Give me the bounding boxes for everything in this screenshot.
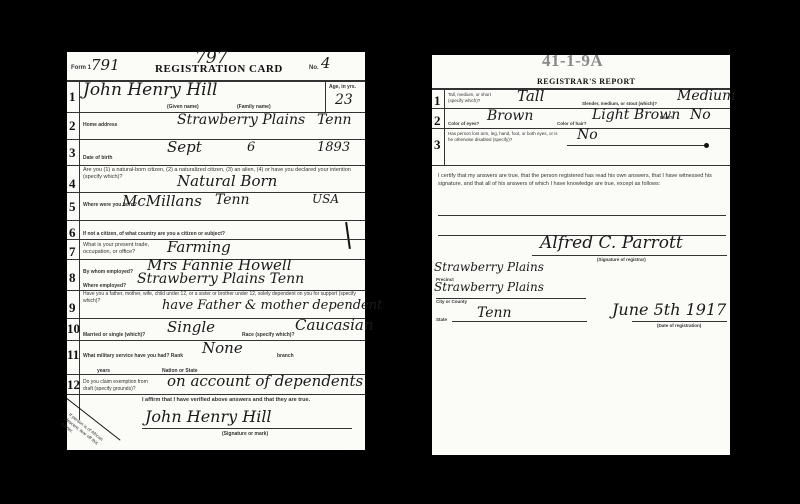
age-label: Age, in yrs. bbox=[329, 84, 356, 90]
form-number: 791 bbox=[91, 56, 120, 74]
form-label: Form 1 bbox=[71, 65, 91, 71]
height-value: Tall bbox=[517, 87, 544, 105]
disability-value: No bbox=[577, 127, 598, 143]
military-rank-value: None bbox=[202, 339, 243, 357]
registrant-signature: John Henry Hill bbox=[145, 407, 272, 426]
hair-color-label: Color of hair? bbox=[557, 121, 587, 126]
home-address-label: Home address bbox=[83, 122, 117, 128]
eye-color-label: Color of eyes? bbox=[448, 121, 479, 126]
row-number: 1 bbox=[434, 93, 441, 109]
no-label: No. bbox=[309, 65, 319, 71]
row-number: 7 bbox=[69, 244, 76, 260]
given-name-label: (Given name) bbox=[167, 104, 199, 110]
state-label: State bbox=[436, 317, 447, 322]
race-value: Caucasian bbox=[295, 316, 374, 334]
branch-label: branch bbox=[277, 353, 294, 359]
race-label: Race (specify which)? bbox=[242, 332, 295, 338]
registration-date: June 5th 1917 bbox=[612, 300, 726, 319]
birth-nation: USA bbox=[312, 192, 339, 206]
state-value: Tenn bbox=[477, 305, 512, 321]
corner-note: If person is of African descent, tear of… bbox=[60, 412, 110, 457]
build-value: Medium bbox=[677, 88, 735, 104]
row-number: 2 bbox=[69, 118, 76, 134]
certification-text: I certify that my answers are true, that… bbox=[438, 172, 726, 188]
city-label: City or County bbox=[436, 299, 467, 304]
employment-place-value: Strawberry Plains Tenn bbox=[137, 271, 304, 287]
report-title: REGISTRAR'S REPORT bbox=[537, 77, 635, 86]
registrar-signature: Alfred C. Parrott bbox=[540, 233, 683, 253]
eye-color-value: Brown bbox=[487, 108, 533, 124]
exemption-label: Do you claim exemption from draft (speci… bbox=[83, 379, 153, 393]
occupation-label: What is your present trade, occupation, … bbox=[83, 242, 153, 256]
dob-year: 1893 bbox=[317, 140, 350, 155]
bald-value: No bbox=[690, 107, 711, 123]
city-value: Strawberry Plains bbox=[434, 280, 544, 294]
family-name-label: (Family name) bbox=[237, 104, 271, 110]
dob-month: Sept bbox=[167, 138, 202, 156]
exemption-value: on account of dependents bbox=[167, 372, 363, 390]
employer-label: By whom employed? bbox=[83, 269, 133, 275]
height-label: Tall, medium, or short (specify which)? bbox=[448, 92, 503, 104]
build-label: Slender, medium, or stout (which)? bbox=[582, 101, 657, 106]
registration-card-front: Form 1 791 797 REGISTRATION CARD No. 4 1… bbox=[67, 52, 365, 450]
row-number: 9 bbox=[69, 300, 76, 316]
military-service-label: What military service have you had? Rank bbox=[83, 353, 183, 359]
affirmation-text: I affirm that I have verified above answ… bbox=[142, 397, 310, 403]
occupation-value: Farming bbox=[167, 238, 231, 256]
name-value: John Henry Hill bbox=[83, 80, 217, 100]
dependents-value: have Father & mother dependent bbox=[162, 298, 382, 313]
row-number: 3 bbox=[69, 145, 76, 161]
birth-state: Tenn bbox=[215, 192, 250, 208]
marital-status-value: Single bbox=[167, 318, 215, 336]
registrar-label: (Signature of registrar) bbox=[597, 257, 646, 262]
home-state-value: Tenn bbox=[317, 112, 352, 128]
row-number: 11 bbox=[67, 347, 79, 363]
bald-label: Bald? bbox=[660, 115, 673, 120]
birth-town: McMillans bbox=[122, 192, 202, 210]
row-number: 10 bbox=[67, 321, 80, 337]
citizen-of-label: If not a citizen, of what country are yo… bbox=[83, 231, 225, 237]
age-value: 23 bbox=[335, 92, 353, 108]
home-city-value: Strawberry Plains bbox=[177, 112, 305, 128]
row-number: 3 bbox=[434, 137, 441, 153]
citizenship-value: Natural Born bbox=[177, 172, 277, 190]
marital-status-label: Married or single (which)? bbox=[83, 332, 145, 338]
stamp-number: 41-1-9A bbox=[542, 51, 603, 71]
row-number: 5 bbox=[69, 199, 76, 215]
card-title: REGISTRATION CARD bbox=[155, 63, 283, 75]
row-number: 1 bbox=[69, 89, 76, 105]
registrar-report-back: 41-1-9A REGISTRAR'S REPORT 1 Tall, mediu… bbox=[432, 55, 730, 455]
disability-label: Has person lost arm, leg, hand, foot, or… bbox=[448, 131, 558, 143]
row-number: 8 bbox=[69, 270, 76, 286]
row-number: 2 bbox=[434, 113, 441, 129]
date-label: (Date of registration) bbox=[657, 323, 701, 328]
dob-label: Date of birth bbox=[83, 155, 112, 161]
row-number: 4 bbox=[69, 176, 76, 192]
precinct-value: Strawberry Plains bbox=[434, 260, 544, 274]
dob-day: 6 bbox=[247, 140, 255, 155]
signature-label: (Signature or mark) bbox=[222, 431, 268, 437]
employment-place-label: Where employed? bbox=[83, 283, 126, 289]
card-number: 4 bbox=[321, 54, 331, 72]
row-number: 12 bbox=[67, 377, 80, 393]
